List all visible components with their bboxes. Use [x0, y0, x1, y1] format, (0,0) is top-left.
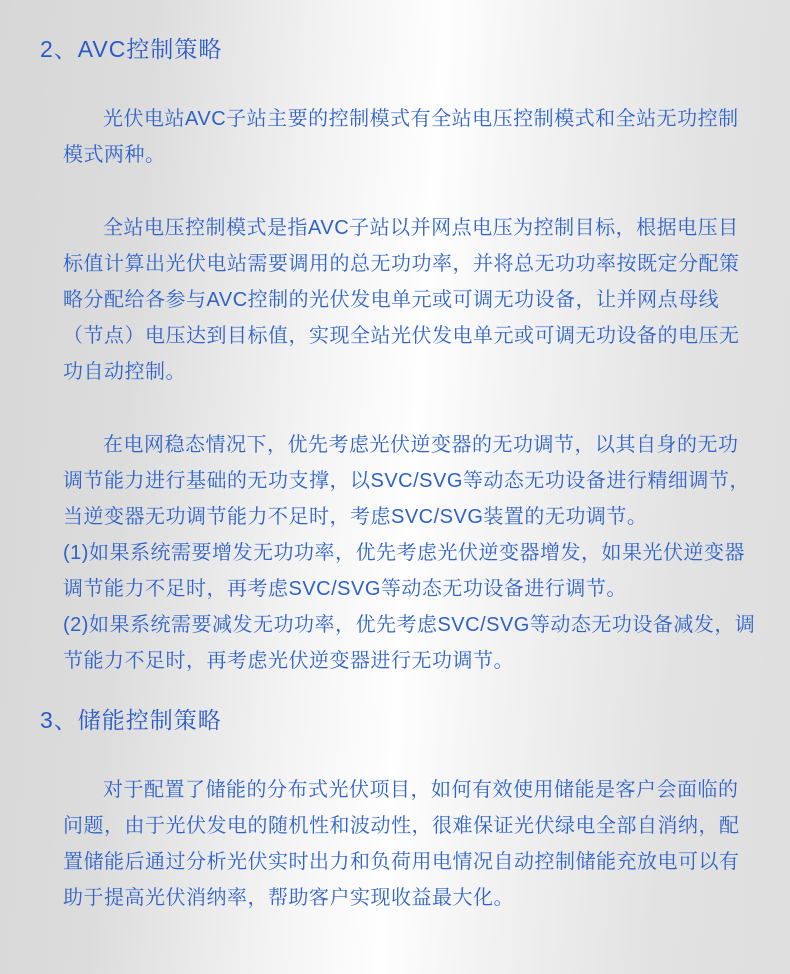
- paragraph-line: 调节能力进行基础的无功支撑，以SVC/SVG等动态无功设备进行精细调节，: [63, 463, 732, 499]
- section-heading-avc: 2、AVC控制策略: [40, 34, 732, 64]
- section-heading-storage: 3、储能控制策略: [40, 705, 732, 735]
- paragraph-line: 在电网稳态情况下，优先考虑光伏逆变器的无功调节，以其自身的无功: [63, 427, 732, 463]
- paragraph-line: 略分配给各参与AVC控制的光伏发电单元或可调无功设备，让并网点母线: [63, 282, 732, 318]
- paragraph-line: （节点）电压达到目标值，实现全站光伏发电单元或可调无功设备的电压无: [63, 318, 732, 354]
- paragraph-line: 当逆变器无功调节能力不足时，考虑SVC/SVG装置的无功调节。: [63, 499, 732, 535]
- paragraph: 对于配置了储能的分布式光伏项目，如何有效使用储能是客户会面临的 问题，由于光伏发…: [63, 772, 732, 916]
- paragraph-line: (2)如果系统需要减发无功功率，优先考虑SVC/SVG等动态无功设备减发，调: [63, 607, 732, 643]
- paragraph: 在电网稳态情况下，优先考虑光伏逆变器的无功调节，以其自身的无功 调节能力进行基础…: [63, 427, 732, 679]
- paragraph-line: 问题，由于光伏发电的随机性和波动性，很难保证光伏绿电全部自消纳，配: [63, 808, 732, 844]
- paragraph-line: 功自动控制。: [63, 354, 732, 390]
- paragraph-line: 模式两种。: [63, 137, 732, 173]
- paragraph-line: 对于配置了储能的分布式光伏项目，如何有效使用储能是客户会面临的: [63, 772, 732, 808]
- paragraph-line: 调节能力不足时，再考虑SVC/SVG等动态无功设备进行调节。: [63, 571, 732, 607]
- paragraph-line: 标值计算出光伏电站需要调用的总无功功率，并将总无功功率按既定分配策: [63, 246, 732, 282]
- paragraph-line: 节能力不足时，再考虑光伏逆变器进行无功调节。: [63, 643, 732, 679]
- paragraph-line: 助于提高光伏消纳率，帮助客户实现收益最大化。: [63, 880, 732, 916]
- paragraph: 光伏电站AVC子站主要的控制模式有全站电压控制模式和全站无功控制 模式两种。: [63, 101, 732, 173]
- paragraph-line: 全站电压控制模式是指AVC子站以并网点电压为控制目标，根据电压目: [63, 210, 732, 246]
- paragraph: 全站电压控制模式是指AVC子站以并网点电压为控制目标，根据电压目 标值计算出光伏…: [63, 210, 732, 390]
- paragraph-line: 光伏电站AVC子站主要的控制模式有全站电压控制模式和全站无功控制: [63, 101, 732, 137]
- document-page: 2、AVC控制策略 光伏电站AVC子站主要的控制模式有全站电压控制模式和全站无功…: [0, 0, 790, 974]
- paragraph-line: 置储能后通过分析光伏实时出力和负荷用电情况自动控制储能充放电可以有: [63, 844, 732, 880]
- paragraph-line: (1)如果系统需要增发无功功率，优先考虑光伏逆变器增发，如果光伏逆变器: [63, 535, 732, 571]
